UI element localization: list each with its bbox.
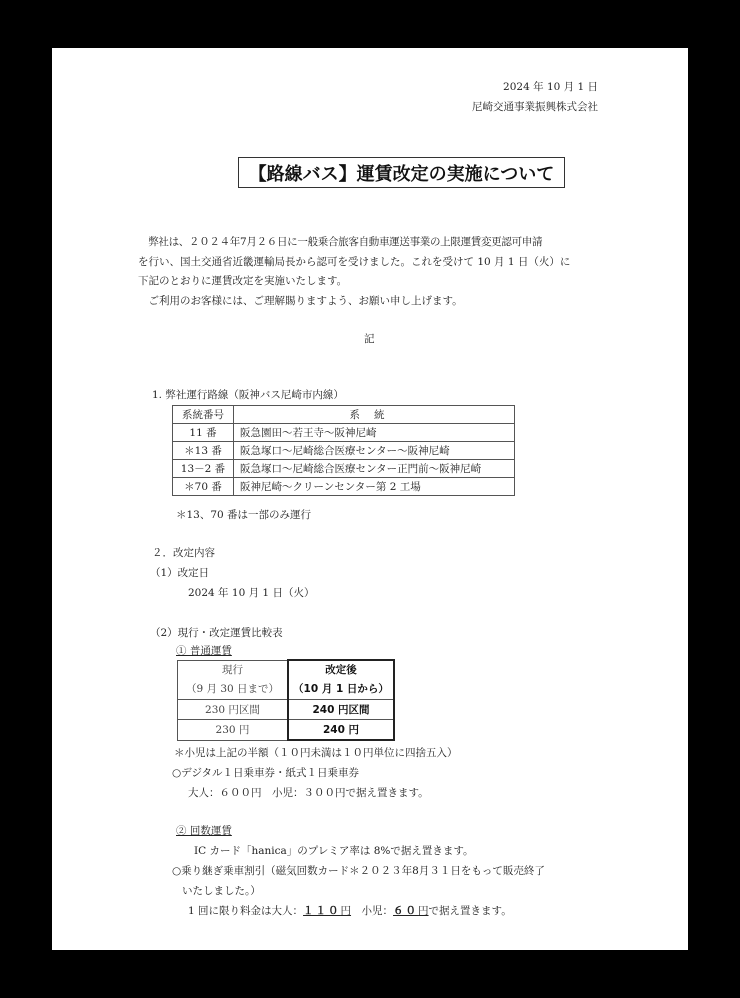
fare-comparison-heading: （2）現行・改定運賃比較表 [150,626,283,640]
fare-suffix: で据え置きます。 [429,905,512,917]
route-number: ＊13 番 [173,442,234,460]
route-path: 阪神尼崎～クリーンセンター第 2 工場 [234,478,515,496]
child-label: 小児： [351,905,393,917]
document-title: 【路線バス】運賃改定の実施について [238,157,565,188]
route-number: 13－2 番 [173,460,234,478]
fare-header-row: 現行 （9 月 30 日まで） 改定後 （10 月 1 日から） [178,660,395,700]
table-row: 11 番 阪急園田～若王寺～阪神尼崎 [173,424,515,442]
ki-mark: 記 [364,332,375,346]
revision-date: 2024 年 10 月 1 日（火） [188,586,314,600]
header-route-number: 系統番号 [173,406,234,424]
regular-fare-heading: ① 普通運賃 [176,644,232,658]
day-pass-detail: 大人：６００円 小児：３００円で据え置きます。 [188,786,429,800]
company-name: 尼崎交通事業振興株式会社 [472,100,598,114]
coupon-fare-heading: ② 回数運賃 [176,824,232,838]
section2-heading: ２．改定内容 [152,546,215,560]
routes-table: 系統番号 系統 11 番 阪急園田～若王寺～阪神尼崎 ＊13 番 阪急塚口～尼崎… [172,405,515,496]
table-row: 230 円区間 240 円区間 [178,700,395,720]
transfer-discount-heading: ○乗り継ぎ乗車割引（磁気回数カード＊２０２３年8月３１日をもって販売終了 [172,864,545,878]
new-fare-header: 改定後 （10 月 1 日から） [288,660,394,700]
header-route: 系統 [234,406,515,424]
current-fare-header: 現行 （9 月 30 日まで） [178,660,289,700]
adult-fare: １１０ [303,905,341,917]
table-row: 230 円 240 円 [178,720,395,741]
fare-prefix: 1 回に限り料金は大人： [188,905,303,917]
current-fare: 230 円区間 [178,700,289,720]
route-path: 阪急塚口～尼崎総合医療センター～阪神尼崎 [234,442,515,460]
new-fare: 240 円 [288,720,394,741]
intro-line: 下記のとおりに運賃改定を実施いたします。 [138,272,602,292]
new-fare: 240 円区間 [288,700,394,720]
table-header-row: 系統番号 系統 [173,406,515,424]
route-number: ＊70 番 [173,478,234,496]
table-row: 13－2 番 阪急塚口～尼崎総合医療センター正門前～阪神尼崎 [173,460,515,478]
revision-date-heading: （1）改定日 [150,566,209,580]
child-fare-note: ＊小児は上記の半額（１０円未満は１０円単位に四捨五入） [174,746,458,760]
child-fare: ６０ [393,905,418,917]
route-number: 11 番 [173,424,234,442]
section1-heading: 1. 弊社運行路線（阪神バス尼崎市内線） [152,388,344,402]
current-label: 現行 [178,661,287,680]
new-period: （10 月 1 日から） [289,680,393,699]
route-path: 阪急塚口～尼崎総合医療センター正門前～阪神尼崎 [234,460,515,478]
intro-line: 弊社は、２０２４年7月２６日に一般乗合旅客自動車運送事業の上限運賃変更認可申請 [138,233,602,253]
transfer-fare-line: 1 回に限り料金は大人：１１０円 小児：６０円で据え置きます。 [188,904,512,918]
ic-card-line: IC カード「hanica」のプレミア率は 8%で据え置きます。 [194,844,474,858]
routes-note: ＊13、70 番は一部のみ運行 [176,508,311,522]
transfer-discount-cont: いたしました。） [182,884,261,898]
yen-unit: 円 [341,905,352,917]
intro-line: を行い、国土交通省近畿運輸局長から認可を受けました。これを受けて 10 月 1 … [138,253,602,273]
yen-unit: 円 [418,905,429,917]
fare-comparison-table: 現行 （9 月 30 日まで） 改定後 （10 月 1 日から） 230 円区間… [177,659,395,741]
table-row: ＊13 番 阪急塚口～尼崎総合医療センター～阪神尼崎 [173,442,515,460]
current-period: （9 月 30 日まで） [178,680,287,699]
day-pass-heading: ○デジタル１日乗車券・紙式１日乗車券 [172,766,359,780]
document-page: 2024 年 10 月 1 日 尼崎交通事業振興株式会社 【路線バス】運賃改定の… [52,48,688,950]
document-date: 2024 年 10 月 1 日 [503,80,598,94]
current-fare: 230 円 [178,720,289,741]
intro-paragraph: 弊社は、２０２４年7月２６日に一般乗合旅客自動車運送事業の上限運賃変更認可申請 … [142,233,602,311]
new-label: 改定後 [289,661,393,680]
table-row: ＊70 番 阪神尼崎～クリーンセンター第 2 工場 [173,478,515,496]
route-path: 阪急園田～若王寺～阪神尼崎 [234,424,515,442]
intro-line: ご利用のお客様には、ご理解賜りますよう、お願い申し上げます。 [138,292,602,312]
